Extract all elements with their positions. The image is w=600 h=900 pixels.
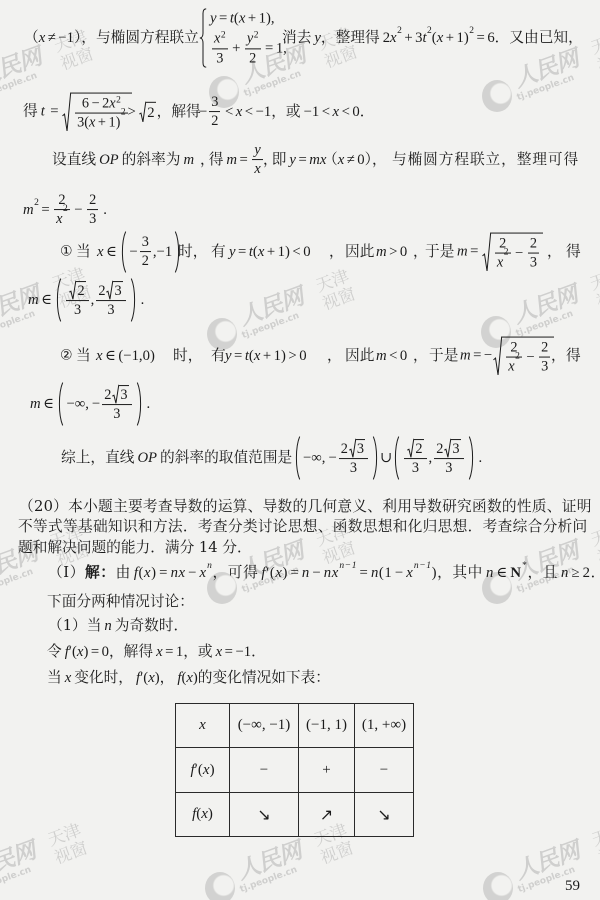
math-var: n [486,564,494,582]
cjk-text: 于是 [425,243,454,261]
superscript: 2 [34,199,39,209]
math-var: m [226,151,237,169]
math-op: = [165,643,173,661]
table-cell: (1, +∞) [355,704,414,748]
m-range-case-2: m ∈ −∞, − 2 3 3 [30,382,150,426]
document-page: 人民网tj.people.cn天津视窗 人民网tj.people.cn天津视窗 … [0,0,600,900]
math-op: + [248,9,256,27]
cjk-punct: ， [413,347,428,365]
interval-label: (−1, 1) [306,717,347,734]
row-label-derivative: f′(x) [190,762,214,779]
interval-content: 2 3 , 2 3 3 [400,436,467,480]
fraction-denominator: 3 [66,302,88,319]
m-range-case-1: m ∈ 2 3 , [28,278,144,322]
interval: − 3 2 , −1 [120,231,181,273]
radical-sign-icon [482,233,491,272]
fraction-denominator: 3 [339,460,368,477]
paren-left-icon [120,231,127,273]
header-x: x [199,717,206,734]
fraction-denominator: 3 [102,406,131,423]
math-op: − [515,244,523,262]
watermark-channel-line-1: 天津 [589,820,600,850]
math-text: −∞, [303,449,325,467]
y-inequality: y = t ( x + 1) > 0 [225,347,307,365]
superscript: 2 [469,27,474,37]
math-op: > [288,347,296,365]
fraction: 2 x2 [506,340,522,376]
interval: 2 3 , 2 3 3 [55,278,136,322]
math-var: x [96,347,103,365]
math-var: m [183,151,194,169]
math-var: m [376,243,387,261]
fraction: y2 2 [245,31,261,67]
math-op: > [389,243,397,261]
math-num: 2 [583,564,591,582]
cjk-text: 令 [47,643,62,661]
fraction-denominator: 3 [212,49,228,66]
math-op: = [240,151,248,169]
radical: 6 − 2 x 2 3( x + 1) 2 [62,93,132,132]
cjk-text: ），与椭圆方程联立 [74,29,199,47]
math-var: x [39,29,46,47]
fraction-denominator: x2 [506,358,522,375]
math-op: = [265,40,273,58]
radical: 3 [444,439,460,457]
superscript: n [207,562,212,572]
fraction-denominator: 3 [404,460,426,477]
table-cell: ↗ [299,793,355,837]
math-var: t [41,103,45,121]
math-var: x [275,564,282,582]
slope-definition: 设直线 OP 的斜率为 m [52,151,194,169]
cjk-text: 综上，直线 [61,449,134,467]
math-op: = [473,347,481,365]
cjk-text: 不等式等基础知识和方法．考查分类讨论思想、函数思想和化归思想．考查综合分析问 [18,518,588,536]
paren-left-icon [57,382,64,426]
math-op: < [245,103,253,121]
watermark-channel: 天津视窗 [311,266,362,315]
math-text: (−1,0) [118,347,154,365]
x-range: − 3 2 < x < −1 ，或 −1 < x < 0 ． [199,94,374,130]
math-num: 3 [445,461,452,477]
watermark-channel: 天津视窗 [585,264,600,313]
cjk-punct: ． [591,564,600,582]
math-var: t [422,29,426,47]
math-var: x [216,643,223,661]
fraction-denominator: x [252,161,262,178]
radical: 2 [69,281,85,299]
inequality-result: > 2 ，解得 [125,102,201,122]
math-op: ≠ [48,29,56,47]
fraction-denominator: 3 [528,254,539,271]
fraction-numerator: 2 [528,236,539,254]
math-var: x [390,29,397,47]
line-1-prefix: （ x ≠ −1 ），与椭圆方程联立 [30,29,199,47]
watermark-channel-line-1: 天津 [588,28,600,58]
math-num: 0 [400,243,407,261]
fraction-denominator: x2 [54,211,70,228]
math-op: − [92,395,100,413]
math-text: (1 [379,564,392,582]
case-odd-n: （1）当 n 为奇数时． [48,617,188,635]
cjk-text: 得 [566,347,581,365]
math-num: 3 [415,29,422,47]
cjk-text: 有 [211,347,226,365]
increasing-arrow-icon: ↗ [320,805,333,824]
math-var: OP [99,151,119,169]
radical-sign-icon [112,385,119,403]
cjk-punct: （ [323,151,338,169]
m-sign: m > 0 [376,243,407,261]
system-row-2: x2 3 + y2 2 = 1, [210,31,287,67]
x-interval: x ∈ (−1,0) [96,347,155,365]
radicand: 2 x2 − 2 3 [502,337,554,376]
fraction-denominator: 2 [209,113,220,130]
cjk-text: ． [360,103,375,121]
radicand: 2 [146,102,155,122]
fraction: 6 − 2 x 2 3( x + 1) 2 [75,96,128,132]
table-cell: x [176,704,230,748]
math-text: ′( [140,669,148,687]
math-text: −∞, [66,395,88,413]
cjk-text: ，其中 [437,564,483,582]
cjk-text: 为奇数时． [115,617,188,635]
math-num: 3 [350,461,357,477]
math-num: −1 [256,103,272,121]
fraction-numerator: 2 [539,340,550,358]
math-op: = [91,643,99,661]
math-text: 1) [278,243,290,261]
variation-table: x (−∞, −1) (−1, 1) (1, +∞) f′(x) − + − f… [175,703,414,837]
case-marker-1: ① [60,243,73,261]
math-op: < [389,347,397,365]
fraction-numerator: y [252,142,262,160]
math-op: − [484,347,492,365]
cjk-punct: ， [551,347,566,365]
math-num: −1 [304,103,320,121]
math-var: x [333,103,340,121]
radicand: 2 [414,439,423,457]
slope-formula: ， 得 m = y x [200,142,265,178]
math-num: 2 [211,114,218,130]
math-var: x [56,212,62,228]
math-var: x [239,9,246,27]
math-var: m [460,347,471,365]
paren-right-icon [468,436,475,480]
math-op: = [41,201,49,219]
interval: −∞, − 2 3 3 [294,436,379,480]
math-var: y [210,9,217,27]
math-num: 2 [415,441,422,457]
math-var: x [214,31,220,47]
watermark-channel-line-1: 天津 [587,264,600,294]
cjk-text: ，可得 [213,564,259,582]
cjk-text: 得 [566,243,581,261]
math-text: ′( [195,762,203,779]
math-var: n [371,564,379,582]
math-op: = [470,243,478,261]
interval-label: (−∞, −1) [238,717,291,734]
math-op: = [234,347,242,365]
math-text: ′( [69,643,77,661]
superscript: 2 [504,249,509,259]
fraction-numerator: y2 [245,31,261,49]
math-var: m [28,291,39,309]
interval-label: (1, +∞) [362,717,406,734]
interval: 2 3 , 2 3 3 [393,436,474,480]
math-punct: . [479,449,483,467]
math-num: 2 [541,340,548,356]
table-cell: (−∞, −1) [230,704,299,748]
paren-right-icon [136,382,143,426]
fraction: 2 3 [87,192,98,228]
m-value: m = − 2 x2 − 2 3 [460,337,555,376]
part-1-solution: （Ⅰ） 解： 由 f ( x ) = n x − x n ，可得 f ′( x … [48,564,600,582]
math-op: + [232,40,240,58]
cjk-text: 时， [178,243,207,261]
radical-sign-icon [407,439,414,457]
cjk-punct: ， [329,243,344,261]
superscript: 2 [116,97,121,107]
math-num: 3 [357,441,364,457]
table-header-row: x (−∞, −1) (−1, 1) (1, +∞) [176,704,414,748]
math-text: 1) [457,29,469,47]
math-var: x [179,564,186,582]
t-expression: 得 t = 6 − 2 x 2 3( [23,93,133,132]
cjk-text: ，或 [271,103,300,121]
cjk-text: 当 [76,243,91,261]
fraction-numerator: 2 [66,281,88,301]
radical: 2 x2 − 2 3 [493,337,554,376]
cjk-text: ，整理得 [321,29,380,47]
cjk-text: 下面分两种情况讨论： [47,593,194,611]
math-num: 2 [530,236,537,252]
math-var: n [561,564,569,582]
m-squared-equation: m 2 = 2 x2 − 2 3 . [23,192,107,228]
math-num: −1 [58,29,74,47]
math-var: y [254,142,260,158]
fraction-denominator: 3 [434,460,463,477]
fraction: 2 3 [404,439,426,477]
math-op: − [199,103,207,121]
math-op: > [128,103,136,121]
math-num: 3 [412,461,419,477]
radical-sign-icon [444,439,451,457]
m-value: m = 2 x2 − 2 3 [457,233,544,272]
math-text: ′( [266,564,275,582]
fraction-numerator: 2 3 [96,281,125,301]
fraction: 2 3 [539,340,550,376]
math-text: ) [83,643,88,661]
cjk-text: 得 [209,151,224,169]
math-num: 2 [147,104,154,122]
watermark-channel: 天津视窗 [587,820,600,869]
fraction-numerator: 2 [404,439,426,459]
sign-value: − [260,762,268,779]
math-num: 2 [436,441,443,457]
interval-content: −∞, − 2 3 3 [64,382,135,426]
fraction-denominator: 3 [87,211,98,228]
cjk-text: （ [24,29,39,47]
math-punct: , [429,449,433,467]
people-logo-icon [207,318,237,350]
math-op: − [395,564,404,582]
math-text: 3( [77,115,89,131]
radical: 2 x2 − 2 3 [482,233,543,272]
fraction-numerator: x2 [212,31,228,49]
math-var: x [338,151,345,169]
fraction: y x [252,142,262,178]
x-condition: （ x ≠ 0 ）， [329,151,387,169]
radical: 3 [349,439,365,457]
math-num: 2 [142,254,149,270]
cjk-punct: ． [251,643,266,661]
math-text: 1), [259,9,275,27]
math-text: 1) [108,115,120,131]
math-var: x [254,347,261,365]
fraction: 2 3 3 [96,281,125,319]
math-op: < [292,243,300,261]
superscript: n−1 [414,562,432,572]
math-num: 2 [249,50,256,66]
natural-numbers-symbol: N [510,564,521,582]
cjk-punct: ， [327,347,342,365]
math-var: x [156,643,163,661]
math-op: ∈ [105,347,116,365]
m-sign: m < 0 [376,347,407,365]
math-var: m [30,395,41,413]
math-op: + [263,347,271,365]
interval-content: −∞, − 2 3 3 [301,436,372,480]
math-op: = [477,29,485,47]
watermark-channel: 天津视窗 [586,28,600,77]
radical: 2 [139,102,155,122]
cjk-text: 变化时， [74,669,133,687]
cjk-text: 由 [116,564,131,582]
math-op: − [188,564,197,582]
radical-sign-icon [69,281,76,299]
math-num: 3 [107,303,114,319]
fraction-denominator: 3 [96,302,125,319]
cjk-text: 设直线 [52,151,96,169]
table-row: f′(x) − + − [176,748,414,793]
math-punct: . [141,291,145,309]
math-var: m [23,201,34,219]
math-num: 0 [299,347,306,365]
slope-range: −∞, − 2 3 3 ∪ [293,436,482,480]
cjk-text: 的变化情况如下表： [198,669,330,687]
math-num: 2 [77,283,84,299]
radical: 3 [106,281,122,299]
cjk-text: ，解得 [157,103,201,121]
cjk-text: ，且 [527,564,558,582]
math-op: − [129,243,137,261]
superscript: 2 [397,27,402,37]
fraction-denominator: 3 [539,358,550,375]
math-num: 3 [142,234,149,250]
math-var: x [144,564,151,582]
math-op: ∈ [106,243,117,261]
math-punct: . [147,395,151,413]
math-op: = [238,243,246,261]
math-var: nx [324,564,339,582]
math-var: x [65,669,72,687]
radical-sign-icon [62,93,71,132]
fraction-numerator: 2 3 [339,439,368,459]
math-op: = [219,9,227,27]
equation-system: y = t ( x + 1), x2 3 + y2 2 [199,8,287,67]
paren-right-icon [130,278,137,322]
radical-sign-icon [493,337,502,376]
cjk-text: （1）当 [48,617,101,635]
math-num: 1 [176,643,183,661]
math-text: ) [151,564,157,582]
fraction: 3 2 [209,94,220,130]
math-var: x [254,162,260,178]
math-num: 2 [98,283,105,299]
math-var: x [406,564,413,582]
table-cell: − [230,748,299,793]
math-num: 2 [341,441,348,457]
superscript: * [522,562,527,572]
fraction: 2 3 [528,236,539,272]
math-op: = [159,564,168,582]
cjk-text: 即 [272,151,287,169]
math-num: 2 [383,29,390,47]
radicand: 2 x2 − 2 3 [491,233,543,272]
superscript: 2 [515,353,520,363]
cjk-text: 得 [23,103,38,121]
fraction-numerator: 3 [140,234,151,252]
fraction: x2 3 [212,31,228,67]
fraction-denominator: 3( x + 1) 2 [75,114,128,131]
math-num: 0 [400,347,407,365]
math-op: < [342,103,350,121]
cjk-text: 的斜率的取值范围是 [160,449,292,467]
math-op: = [225,643,233,661]
math-num: 3 [211,94,218,110]
radical: 2 [407,439,423,457]
math-op: + [267,243,275,261]
table-row: f(x) ↘ ↗ ↘ [176,793,414,837]
math-var: y [225,347,232,365]
interval: −∞, − 2 3 3 [57,382,142,426]
math-text: ) [210,762,215,779]
fraction: 2 3 [66,281,88,319]
page-number: 59 [565,878,580,895]
radicand: 2 [76,281,85,299]
math-op: + [446,29,454,47]
watermark-channel: 天津视窗 [43,820,94,869]
part-label: （Ⅰ） [48,564,85,582]
fraction-denominator: 2 [245,49,261,66]
people-logo-icon [482,80,512,112]
cjk-text: ，或 [183,643,212,661]
cjk-punct: ， [547,243,562,261]
math-num: 2 [104,387,111,403]
fraction: 2 x2 [54,192,70,228]
cjk-text: 因此 [345,243,374,261]
decreasing-arrow-icon: ↘ [257,805,270,824]
math-num: 3 [530,255,537,271]
fraction: 2 x2 [495,236,511,272]
fraction: 2 3 3 [434,439,463,477]
math-num: 2 [89,192,96,208]
math-op: − [328,449,336,467]
radicand: 3 [113,281,122,299]
interval-content: − 3 2 , −1 [127,231,174,273]
math-text: ) [283,564,289,582]
